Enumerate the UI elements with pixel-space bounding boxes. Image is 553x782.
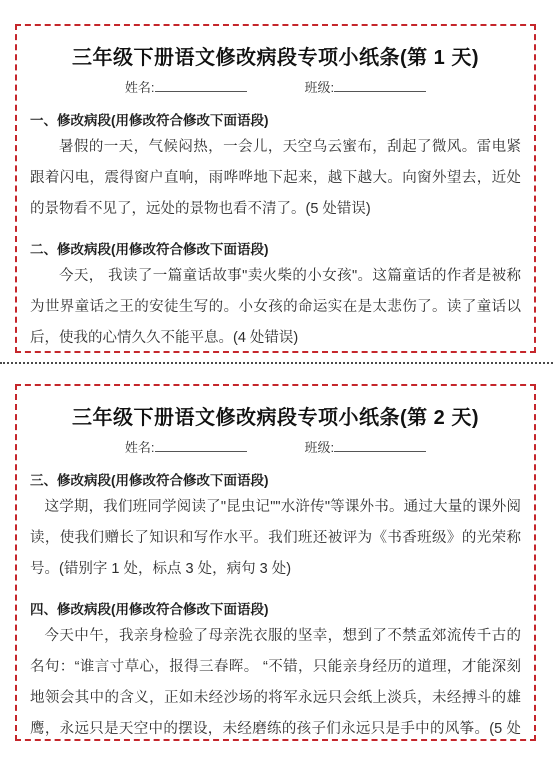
class-label: 班级:	[305, 80, 335, 95]
class-field-group: 班级:	[305, 77, 427, 96]
worksheet-page: 三年级下册语文修改病段专项小纸条(第 1 天) 姓名:班级: 一、修改病段(用修…	[0, 0, 553, 782]
name-field-group: 姓名:	[125, 77, 247, 96]
exercise-1-heading: 一、修改病段(用修改符合修改下面语段)	[30, 109, 521, 129]
student-id-line: 姓名:班级:	[30, 77, 521, 96]
exercise-2-paragraph: 今天， 我读了一篇童话故事"卖火柴的小女孩"。这篇童话的作者是被称为世界童话之王…	[30, 261, 521, 353]
class-blank-line	[334, 78, 426, 92]
worksheet-title-day-1: 三年级下册语文修改病段专项小纸条(第 1 天)	[30, 41, 521, 70]
exercise-3-paragraph: 这学期，我们班同学阅读了"昆虫记""水浒传"等课外书。通过大量的课外阅读，使我们…	[30, 492, 521, 585]
name-blank-line	[155, 438, 247, 452]
worksheet-card-day-1: 三年级下册语文修改病段专项小纸条(第 1 天) 姓名:班级: 一、修改病段(用修…	[15, 24, 536, 353]
name-label: 姓名:	[125, 80, 155, 95]
name-blank-line	[155, 78, 247, 92]
cut-line	[0, 362, 553, 364]
worksheet-title-day-2: 三年级下册语文修改病段专项小纸条(第 2 天)	[30, 401, 521, 430]
name-field-group: 姓名:	[125, 437, 247, 456]
class-blank-line	[334, 438, 426, 452]
name-label: 姓名:	[125, 440, 155, 455]
class-field-group: 班级:	[305, 437, 427, 456]
exercise-1-paragraph: 暑假的一天，气候闷热，一会儿，天空乌云蜜布，刮起了微风。雷电紧跟着闪电，震得窗户…	[30, 132, 521, 225]
exercise-4-heading: 四、修改病段(用修改符合修改下面语段)	[30, 598, 521, 618]
worksheet-card-day-2: 三年级下册语文修改病段专项小纸条(第 2 天) 姓名:班级: 三、修改病段(用修…	[15, 384, 536, 741]
student-id-line: 姓名:班级:	[30, 437, 521, 456]
exercise-4-paragraph: 今天中午，我亲身检验了母亲洗衣服的坚幸，想到了不禁孟郊流传千古的名句：“谁言寸草…	[30, 621, 521, 741]
exercise-3-heading: 三、修改病段(用修改符合修改下面语段)	[30, 469, 521, 489]
exercise-2-heading: 二、修改病段(用修改符合修改下面语段)	[30, 238, 521, 258]
class-label: 班级:	[305, 440, 335, 455]
